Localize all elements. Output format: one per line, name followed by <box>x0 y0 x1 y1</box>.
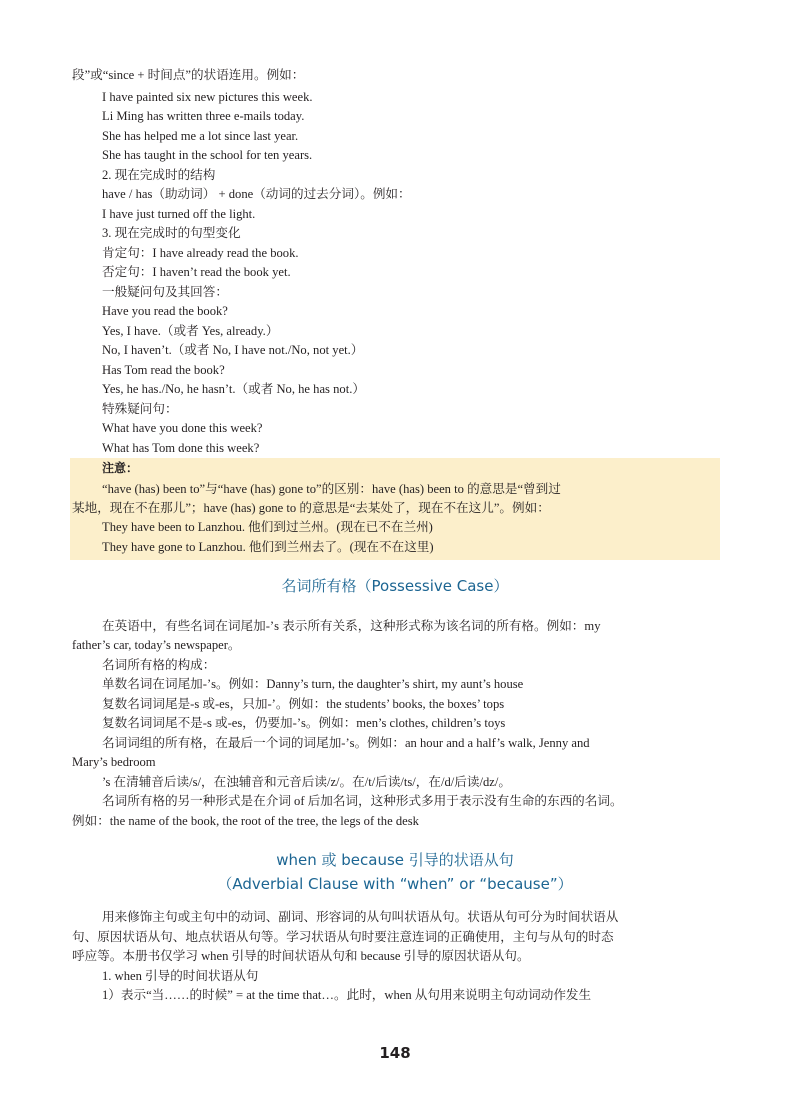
textbook-page: 段”或“since + 时间点”的状语连用。例如： I have painted… <box>0 0 790 1104</box>
pronunciation-rule: ’s 在清辅音后读/s/，在浊辅音和元音后读/z/。在/t/后读/ts/，在/d… <box>102 773 511 792</box>
note-text: 某地，现在不在那儿”；have (has) gone to 的意思是“去某处了，… <box>72 499 550 518</box>
rule-item: 复数名词词尾是-s 或-es，只加-’。例如：the students’ boo… <box>102 695 504 714</box>
rule-item: 复数名词词尾不是-s 或-es，仍要加-’s。例如：men’s clothes,… <box>102 714 505 733</box>
example-sentence: She has helped me a lot since last year. <box>102 127 298 146</box>
example-sentence: Li Ming has written three e-mails today. <box>102 107 304 126</box>
rule-item: 名词词组的所有格，在最后一个词的词尾加-’s。例如：an hour and a … <box>102 734 590 753</box>
paragraph-text: 句、原因状语从句、地点状语从句等。学习状语从句时要注意连词的正确使用，主句与从句… <box>72 928 614 947</box>
rule-item-continuation: Mary’s bedroom <box>72 753 156 772</box>
section-heading: 名词所有格（Possessive Case） <box>0 575 790 596</box>
paragraph-text: 名词所有格的另一种形式是在介词 of 后加名词，这种形式多用于表示没有生命的东西… <box>102 792 623 811</box>
question-example: What has Tom done this week? <box>102 439 259 458</box>
paragraph-text: 1）表示“当……的时候” = at the time that…。此时，when… <box>102 986 591 1005</box>
section-heading: when 或 because 引导的状语从句 <box>0 849 790 870</box>
paragraph-text: 在英语中，有些名词在词尾加-’s 表示所有关系，这种形式称为该名词的所有格。例如… <box>102 617 601 636</box>
paragraph-continuation: 段”或“since + 时间点”的状语连用。例如： <box>72 66 304 85</box>
section-heading-english: （Adverbial Clause with “when” or “becaus… <box>0 873 790 894</box>
question-example: Have you read the book? <box>102 302 228 321</box>
subsection-title: 2. 现在完成时的结构 <box>102 166 215 185</box>
affirmative-example: 肯定句：I have already read the book. <box>102 244 299 263</box>
note-example: They have been to Lanzhou. 他们到过兰州。(现在已不在… <box>102 518 433 537</box>
answer-example: Yes, I have.（或者 Yes, already.） <box>102 322 278 341</box>
example-sentence: I have painted six new pictures this wee… <box>102 88 313 107</box>
paragraph-text: 呼应等。本册书仅学习 when 引导的时间状语从句和 because 引导的原因… <box>72 947 530 966</box>
note-title: 注意： <box>102 459 138 478</box>
subsection-title: 1. when 引导的时间状语从句 <box>102 967 258 986</box>
special-question-label: 特殊疑问句： <box>102 400 178 419</box>
subsection-title: 3. 现在完成时的句型变化 <box>102 224 241 243</box>
negative-example: 否定句：I haven’t read the book yet. <box>102 263 291 282</box>
page-number: 148 <box>0 1044 790 1062</box>
answer-example: Yes, he has./No, he hasn’t.（或者 No, he ha… <box>102 380 365 399</box>
example-sentence: I have just turned off the light. <box>102 205 255 224</box>
example-sentence: She has taught in the school for ten yea… <box>102 146 312 165</box>
question-example: Has Tom read the book? <box>102 361 225 380</box>
question-example: What have you done this week? <box>102 419 263 438</box>
paragraph-text: father’s car, today’s newspaper。 <box>72 636 241 655</box>
formation-label: 名词所有格的构成： <box>102 656 215 675</box>
note-text: “have (has) been to”与“have (has) gone to… <box>102 480 561 499</box>
note-example: They have gone to Lanzhou. 他们到兰州去了。(现在不在… <box>102 538 434 557</box>
structure-formula: have / has（助动词） + done（动词的过去分词）。例如： <box>102 185 411 204</box>
general-question-label: 一般疑问句及其回答： <box>102 283 228 302</box>
paragraph-text: 用来修饰主句或主句中的动词、副词、形容词的从句叫状语从句。状语从句可分为时间状语… <box>102 908 618 927</box>
rule-item: 单数名词在词尾加-’s。例如：Danny’s turn, the daughte… <box>102 675 523 694</box>
paragraph-text: 例如：the name of the book, the root of the… <box>72 812 419 831</box>
answer-example: No, I haven’t.（或者 No, I have not./No, no… <box>102 341 363 360</box>
